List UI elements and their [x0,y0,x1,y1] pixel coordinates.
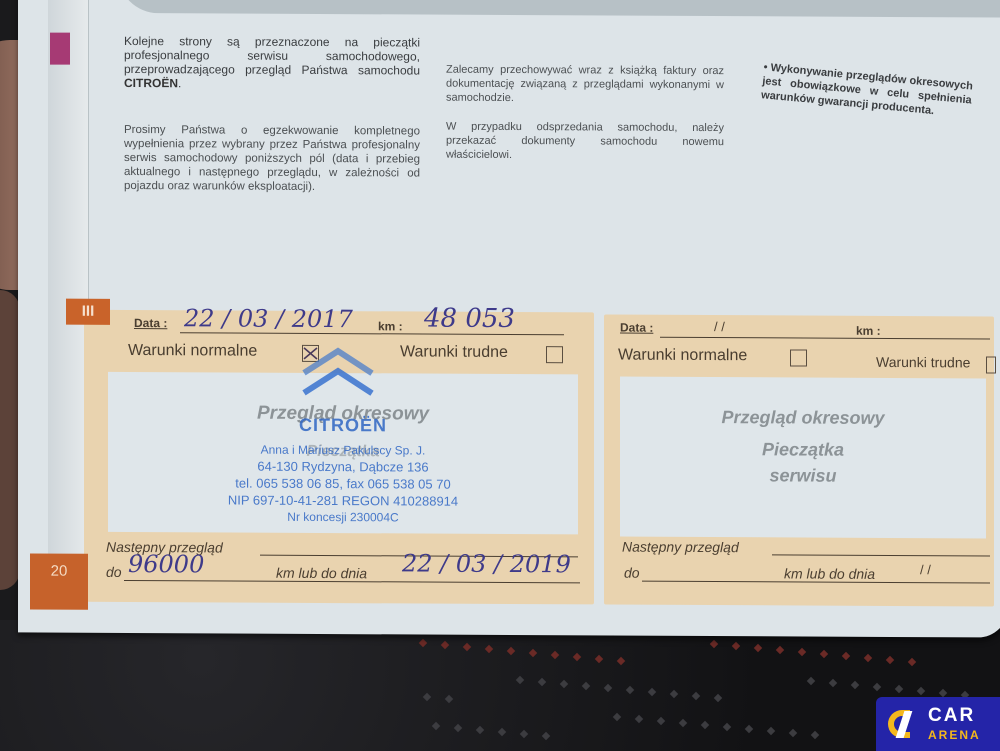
hard-conditions-checkbox[interactable] [546,346,563,363]
stamp-brand: CITROËN [108,414,578,437]
date-value[interactable]: 22 / 03 / 2017 [184,304,353,333]
fabric-dot [895,685,903,693]
fabric-dot [507,647,515,655]
fabric-dot [732,642,740,650]
service-entry-card-1: Data : 22 / 03 / 2017 km : 48 053 Warunk… [84,310,594,605]
section-tab: III [66,299,110,325]
fabric-dot [776,646,784,654]
stamp-address: 64-130 Rydzyna, Dąbcze 136 [108,458,578,475]
fabric-dot [701,721,709,729]
fabric-dot [657,717,665,725]
stamp-area: Przegląd okresowy Pieczątka serwisu [620,377,986,539]
index-tab-pink [50,33,70,65]
fabric-dot [670,690,678,698]
km-label: km : [378,319,403,333]
stamp-owner: Anna i Mariusz Pakulscy Sp. J. [108,442,578,458]
fabric-dot [419,639,427,647]
fabric-dot [432,722,440,730]
next-km-value[interactable]: 96000 [128,550,204,578]
fabric-dot [829,679,837,687]
stamp-placeholder-title: Przegląd okresowy [620,407,986,430]
fabric-dot [745,725,753,733]
fabric-dot [842,652,850,660]
fabric-dot [864,654,872,662]
fabric-dot [939,689,947,697]
fabric-dot [542,732,550,740]
fabric-dot [886,656,894,664]
fabric-dot [710,640,718,648]
fabric-dot [789,729,797,737]
stamp-placeholder-sub2: serwisu [620,465,986,488]
km-or-date-label: km lub do dnia [784,565,875,581]
service-entry-card-2: Data : / / km : Warunki normalne Warunki… [604,314,994,606]
until-label: do [106,564,122,580]
service-book-page: Kolejne strony są przeznaczone na pieczą… [18,0,1000,638]
fabric-dot [573,653,581,661]
stamp-license: Nr koncesji 230004C [108,509,578,525]
fabric-dot [604,684,612,692]
citroen-chevrons-icon [298,343,378,405]
fabric-dot [613,713,621,721]
fabric-dot [851,681,859,689]
fabric-dot [538,678,546,686]
stamp-tax-ids: NIP 697-10-41-281 REGON 410288914 [108,492,578,509]
fabric-dot [617,657,625,665]
date-km-line [660,337,990,340]
date-label: Data : [134,316,167,330]
hard-conditions-label: Warunki trudne [400,343,508,362]
fabric-dot [516,676,524,684]
date-value[interactable]: / / [714,319,725,334]
fabric-dot [754,644,762,652]
intro-paragraph-2: Prosimy Państwa o egzekwowanie kompletne… [124,123,420,195]
next-date-value[interactable]: / / [920,562,931,577]
fabric-dot [520,730,528,738]
fabric-dot [441,641,449,649]
page-number: 20 [30,553,88,609]
fabric-dot [807,677,815,685]
fabric-dot [917,687,925,695]
date-label: Data : [620,321,653,335]
hard-conditions-checkbox[interactable] [986,356,996,373]
fabric-dot [423,693,431,701]
stamp-phone: tel. 065 538 06 85, fax 065 538 05 70 [108,475,578,492]
fabric-dot [463,643,471,651]
fabric-dot [648,688,656,696]
watermark-line2: ARENA [928,728,981,742]
watermark-line1: CAR [928,705,975,727]
until-label: do [624,565,640,581]
fabric-dot [485,645,493,653]
fabric-dot [582,682,590,690]
fabric-dot [635,715,643,723]
fabric-dot [454,724,462,732]
normal-conditions-label: Warunki normalne [618,347,747,366]
fabric-dot [498,728,506,736]
next-date-value[interactable]: 22 / 03 / 2019 [402,549,571,578]
hand [0,290,20,590]
fabric-dot [560,680,568,688]
previous-page-edge [118,0,1000,18]
fabric-dot [476,726,484,734]
fabric-dot [529,649,537,657]
km-value[interactable]: 48 053 [424,304,515,334]
fabric-dot [873,683,881,691]
next-service-label: Następny przegląd [622,539,739,556]
fabric-dot [723,723,731,731]
fabric-dot [551,651,559,659]
km-label: km : [856,324,881,338]
storage-recommendation: Zalecamy przechowywać wraz z książką fak… [446,63,724,106]
km-or-date-label: km lub do dnia [276,565,367,581]
fabric-dot [679,719,687,727]
fabric-dot [626,686,634,694]
stamp-placeholder-sub1: Pieczątka [620,439,986,462]
fabric-dot [811,731,819,739]
fabric-dot [908,658,916,666]
car-seat-background [0,620,1000,751]
fabric-dot [692,692,700,700]
fabric-dot [767,727,775,735]
next-service-line [772,554,990,556]
hard-conditions-label: Warunki trudne [876,354,970,370]
warranty-note: • Wykonywanie przeglądów okresowych jest… [761,60,974,121]
resale-note: W przypadku odsprzedania samochodu, nale… [446,120,724,163]
car-arena-watermark: CAR ARENA [876,697,1000,751]
fabric-dot [714,694,722,702]
stamp-area: Przegląd okresowy CITROËN Pieczątka Anna… [108,372,578,534]
normal-conditions-checkbox[interactable] [790,349,807,366]
fabric-dot [595,655,603,663]
fabric-dot [820,650,828,658]
intro-paragraph-1: Kolejne strony są przeznaczone na pieczą… [124,34,420,92]
fabric-dot [445,695,453,703]
fabric-dot [798,648,806,656]
normal-conditions-label: Warunki normalne [128,342,257,361]
